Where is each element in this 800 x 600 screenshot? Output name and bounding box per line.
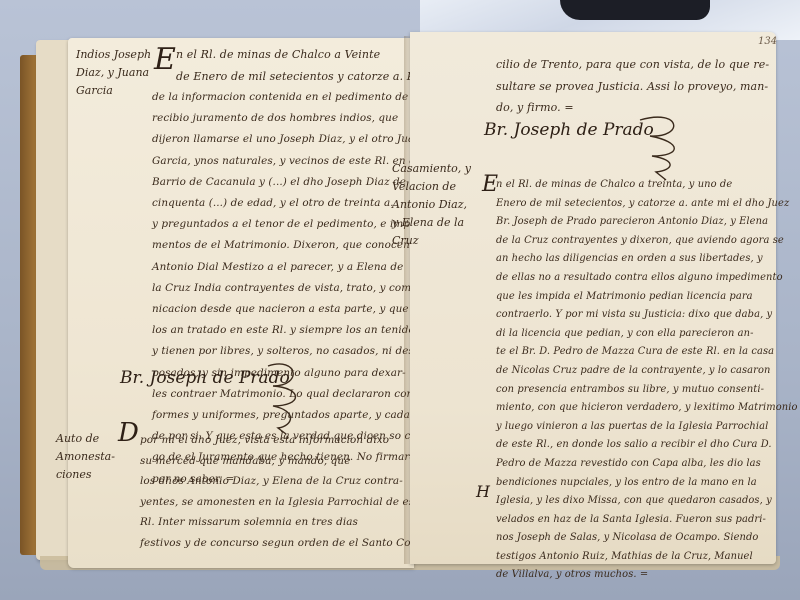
text-line: y luego vinieron a las puertas de la Igl…: [496, 418, 798, 437]
margin-line: Amonesta-: [56, 448, 115, 466]
text-line: los an tratado en este Rl. y siempre los…: [152, 320, 433, 341]
left-page: Indios Joseph Diaz, y Juana Garcia E n e…: [68, 38, 414, 568]
right-body-text: n el Rl. de minas de Chalco a treinta, y…: [496, 176, 798, 585]
text-line: por mi el dho Juez, vista esta informaci…: [140, 430, 425, 451]
dark-fabric-fold: [560, 0, 710, 20]
text-line: de la informacion contenida en el pedime…: [152, 87, 433, 108]
decorative-initial-lower: D: [118, 418, 139, 448]
text-line: velados en haz de la Santa Iglesia. Fuer…: [496, 511, 798, 530]
text-line: dijeron llamarse el uno Joseph Diaz, y e…: [152, 129, 433, 150]
text-line: de Nicolas Cruz padre de la contrayente,…: [496, 362, 798, 381]
text-line: sultare se provea Justicia. Assi lo prov…: [496, 76, 769, 98]
signature-flourish-icon: [258, 356, 308, 436]
text-line: Iglesia, y les dixo Missa, con que queda…: [496, 492, 798, 511]
end-mark: H: [476, 482, 490, 501]
text-line: bendiciones nupciales, y los entro de la…: [496, 474, 798, 493]
left-top-margin-note: Indios Joseph Diaz, y Juana Garcia: [76, 46, 151, 100]
margin-line: Antonio Diaz,: [392, 196, 471, 214]
right-margin-note: Casamiento, y Velacion de Antonio Diaz, …: [392, 160, 471, 250]
margin-line: Auto de: [56, 430, 115, 448]
text-line: la Cruz India contrayentes de vista, tra…: [152, 278, 433, 299]
margin-line: Diaz, y Juana: [76, 64, 151, 82]
text-line: cilio de Trento, para que con vista, de …: [496, 54, 769, 76]
margin-line: ciones: [56, 466, 115, 484]
text-line: te el Br. D. Pedro de Mazza Cura de este…: [496, 343, 798, 362]
text-line: Antonio Dial Mestizo a el parecer, y a E…: [152, 257, 433, 278]
page-number: 134: [758, 36, 777, 47]
text-line: Rl. Inter missarum solemnia en tres dias: [140, 512, 425, 533]
margin-line: Velacion de: [392, 178, 471, 196]
text-line: de este Rl., en donde los salio a recibi…: [496, 436, 798, 455]
margin-line: Indios Joseph: [76, 46, 151, 64]
margin-line: Garcia: [76, 82, 151, 100]
text-line: recibio juramento de dos hombres indios,…: [152, 108, 433, 129]
text-line: de la Cruz contrayentes y dixeron, que a…: [496, 232, 798, 251]
text-line: de ellas no a resultado contra ellos alg…: [496, 269, 798, 288]
margin-line: Cruz: [392, 232, 471, 250]
text-line: que les impida el Matrimonio pedian lice…: [496, 288, 798, 307]
text-line: nos Joseph de Salas, y Nicolasa de Ocamp…: [496, 529, 798, 548]
left-lower-margin-note: Auto de Amonesta- ciones: [56, 430, 115, 484]
text-line: Br. Joseph de Prado parecieron Antonio D…: [496, 213, 798, 232]
left-lower-body-text: por mi el dho Juez, vista esta informaci…: [140, 430, 425, 553]
text-line: contraerlo. Y por mi vista su Justicia: …: [496, 306, 798, 325]
text-line: an hecho las diligencias en orden a sus …: [496, 250, 798, 269]
text-line: de Villalva, y otros muchos. =: [496, 566, 798, 585]
text-line: nicacion desde que nacieron a esta parte…: [152, 299, 433, 320]
text-line: testigos Antonio Ruiz, Mathias de la Cru…: [496, 548, 798, 567]
text-line: yentes, se amonesten en la Iglesia Parro…: [140, 492, 425, 513]
text-line: n el Rl. de minas de Chalco a treinta, y…: [496, 176, 798, 195]
text-line: Enero de mil setecientos, y catorze a. a…: [496, 195, 798, 214]
text-line: di la licencia que pedian, y con ella pa…: [496, 325, 798, 344]
text-line: Pedro de Mazza revestido con Capa alba, …: [496, 455, 798, 474]
text-line: con presencia entrambos su libre, y mutu…: [496, 381, 798, 400]
margin-line: y Elena de la: [392, 214, 471, 232]
decorative-initial: E: [154, 42, 176, 77]
text-line: los dhos Antonio Diaz, y Elena de la Cru…: [140, 471, 425, 492]
margin-line: Casamiento, y: [392, 160, 471, 178]
text-line: miento, con que hicieron verdadero, y le…: [496, 399, 798, 418]
right-page: 134 cilio de Trento, para que con vista,…: [410, 32, 776, 564]
text-line: festivos y de concurso segun orden de el…: [140, 533, 425, 554]
signature-right: Br. Joseph de Prado: [484, 120, 654, 140]
text-line: su merced que mandaba, y mando, que: [140, 451, 425, 472]
